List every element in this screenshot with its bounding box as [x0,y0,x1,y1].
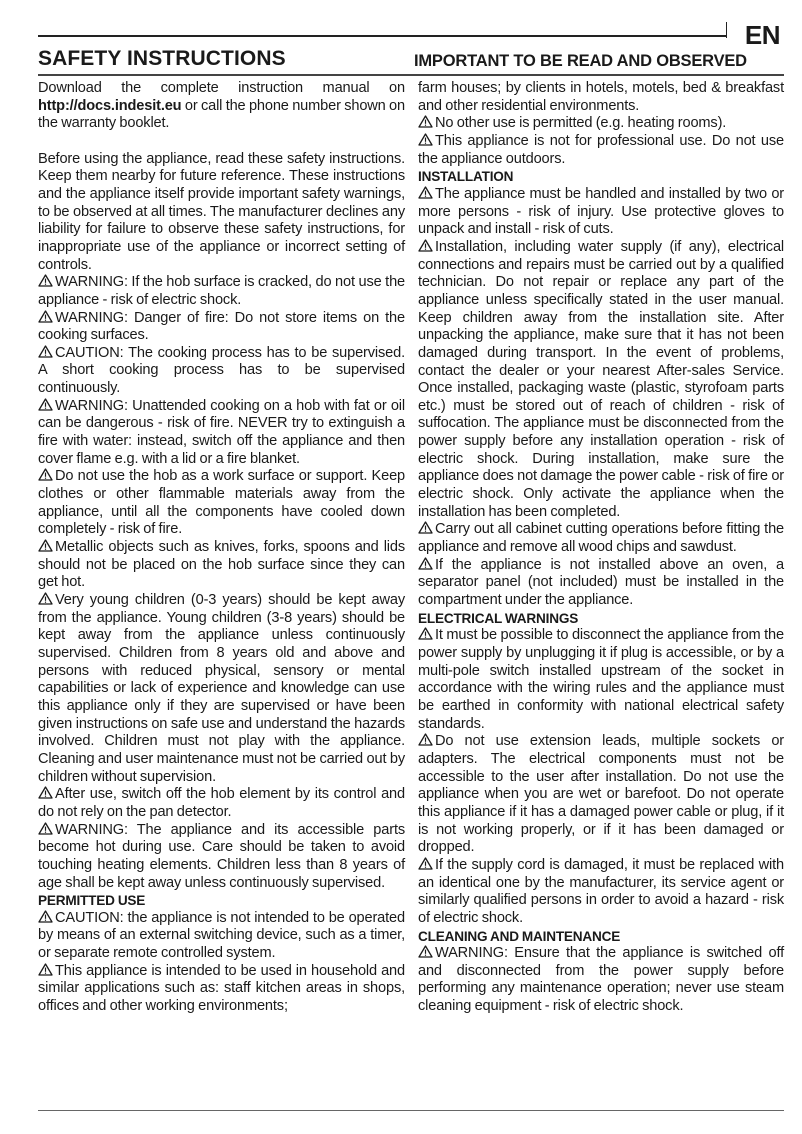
permitted-use-item: This appliance is intended to be used in… [38,963,405,1016]
safety-item: Very young children (0-3 years) should b… [38,592,405,786]
warning-triangle-icon [38,310,53,323]
before-using-paragraph: Before using the appliance, read these s… [38,151,405,275]
warning-triangle-icon [418,186,433,199]
warning-triangle-icon [418,115,433,128]
electrical-item: Do not use extension leads, multiple soc… [418,733,784,857]
safety-item: Metallic objects such as knives, forks, … [38,539,405,592]
safety-item: After use, switch off the hob element by… [38,786,405,821]
right-column: farm houses; by clients in hotels, motel… [418,80,784,1016]
safety-item-text: Do not use the hob as a work surface or … [38,468,405,537]
installation-item: Carry out all cabinet cutting operations… [418,521,784,556]
warning-triangle-icon [38,963,53,976]
warning-triangle-icon [38,468,53,481]
safety-item: WARNING: Danger of fire: Do not store it… [38,310,405,345]
installation-item-text: Installation, including water supply (if… [418,239,784,520]
manual-link[interactable]: http://docs.indesit.eu [38,98,181,114]
continuation-paragraph: farm houses; by clients in hotels, motel… [418,80,784,115]
warning-triangle-icon [418,733,433,746]
safety-item-text: Very young children (0-3 years) should b… [38,592,405,785]
installation-item-text: The appliance must be handled and instal… [418,186,784,237]
header-bottom-rule [38,74,784,76]
left-column: Download the complete instruction manual… [38,80,405,1016]
electrical-item-text: Do not use extension leads, multiple soc… [418,733,784,855]
warning-triangle-icon [418,857,433,870]
footer-rule [38,1110,784,1111]
safety-item-text: Metallic objects such as knives, forks, … [38,539,405,590]
electrical-item: If the supply cord is damaged, it must b… [418,857,784,928]
installation-item: The appliance must be handled and instal… [418,186,784,239]
permitted-use-item: This appliance is not for professional u… [418,133,784,168]
header-top-rule [38,35,726,37]
warning-triangle-icon [38,822,53,835]
warning-triangle-icon [418,521,433,534]
page-title: SAFETY INSTRUCTIONS [38,46,286,72]
warning-triangle-icon [418,133,433,146]
warning-triangle-icon [418,945,433,958]
warning-triangle-icon [418,557,433,570]
electrical-item-text: If the supply cord is damaged, it must b… [418,857,784,926]
installation-item-text: If the appliance is not installed above … [418,557,784,608]
safety-item: WARNING: If the hob surface is cracked, … [38,274,405,309]
installation-item-text: Carry out all cabinet cutting operations… [418,521,784,555]
safety-item-text: WARNING: The appliance and its accessibl… [38,822,405,891]
safety-item: CAUTION: The cooking process has to be s… [38,345,405,398]
electrical-item: It must be possible to disconnect the ap… [418,627,784,733]
safety-item-text: WARNING: If the hob surface is cracked, … [38,274,405,308]
installation-item: If the appliance is not installed above … [418,557,784,610]
cleaning-item-text: WARNING: Ensure that the appliance is sw… [418,945,784,1014]
cleaning-item: WARNING: Ensure that the appliance is sw… [418,945,784,1016]
permitted-use-item: No other use is permitted (e.g. heating … [418,115,784,133]
warning-triangle-icon [38,592,53,605]
safety-item-text: WARNING: Danger of fire: Do not store it… [38,310,405,344]
warning-triangle-icon [38,398,53,411]
section-heading-installation: INSTALLATION [418,168,784,186]
safety-item-text: After use, switch off the hob element by… [38,786,405,820]
warning-triangle-icon [38,786,53,799]
warning-triangle-icon [418,627,433,640]
permitted-use-item-text: This appliance is intended to be used in… [38,963,405,1014]
section-heading-electrical-warnings: ELECTRICAL WARNINGS [418,610,784,628]
permitted-use-item-text: No other use is permitted (e.g. heating … [435,115,726,131]
safety-item-text: CAUTION: The cooking process has to be s… [38,345,405,396]
section-heading-cleaning-maintenance: CLEANING AND MAINTENANCE [418,928,784,946]
electrical-item-text: It must be possible to disconnect the ap… [418,627,784,731]
safety-item: WARNING: Unattended cooking on a hob wit… [38,398,405,469]
safety-item-text: WARNING: Unattended cooking on a hob wit… [38,398,405,467]
warning-triangle-icon [418,239,433,252]
language-code: EN [745,22,780,48]
section-heading-permitted-use: PERMITTED USE [38,892,405,910]
safety-item: Do not use the hob as a work surface or … [38,468,405,539]
intro-text: Download the complete instruction manual… [38,80,405,96]
safety-item: WARNING: The appliance and its accessibl… [38,822,405,893]
warning-triangle-icon [38,345,53,358]
permitted-use-item-text: CAUTION: the appliance is not intended t… [38,910,405,961]
warning-triangle-icon [38,539,53,552]
permitted-use-item-text: This appliance is not for professional u… [418,133,784,167]
warning-triangle-icon [38,910,53,923]
installation-item: Installation, including water supply (if… [418,239,784,522]
page-subtitle: IMPORTANT TO BE READ AND OBSERVED [414,50,747,72]
header-tick-mark [726,22,727,38]
permitted-use-item: CAUTION: the appliance is not intended t… [38,910,405,963]
warning-triangle-icon [38,274,53,287]
intro-paragraph: Download the complete instruction manual… [38,80,405,133]
